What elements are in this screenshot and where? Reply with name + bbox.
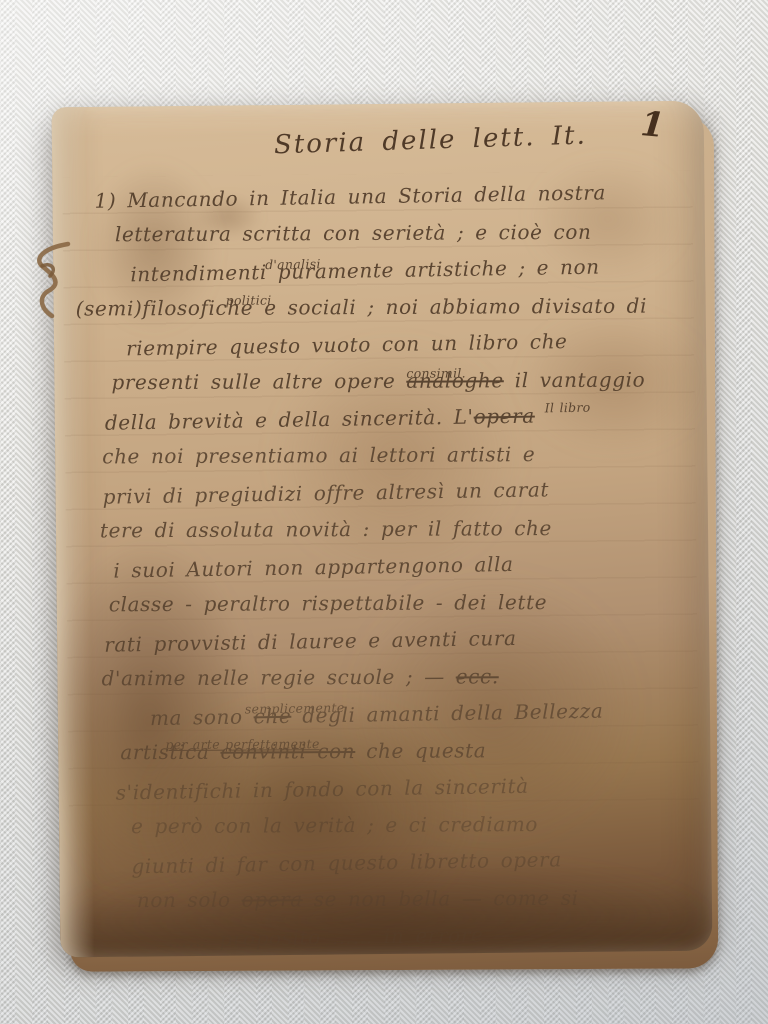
manuscript-line: …… proposito …… in errore —: [167, 913, 699, 957]
line-text: privi di pregiudizi offre altresì un car…: [102, 477, 549, 508]
manuscript-text: 1) Mancando in Italia una Storia della n…: [74, 175, 698, 958]
line-text: tere di assoluta novità : per il fatto c…: [100, 516, 552, 542]
inserted-text: semplicemente: [245, 689, 345, 728]
struck-text: opera: [473, 404, 535, 429]
line-text: che noi presentiamo ai lettori artisti e: [102, 442, 535, 468]
manuscript-line: s'identifichi in fondo con la sincerità: [115, 765, 697, 812]
inserted-text: consimil.: [406, 354, 466, 391]
manuscript-line: Il librodella brevità e della sincerità.…: [105, 395, 694, 442]
line-text: se non bella — come si: [303, 886, 579, 911]
manuscript-line: letteratura scritta con serietà ; e cioè…: [115, 213, 691, 253]
inserted-text: Il libro: [544, 389, 590, 427]
manuscript-line: che noi presentiamo ai lettori artisti e: [102, 435, 693, 475]
line-text: riempire questo vuoto con un libro che: [126, 329, 568, 360]
struck-text: ecc.: [456, 664, 499, 688]
manuscript-line: per arte perfettamenteartistica convinti…: [120, 731, 696, 771]
manuscript-line: non solo opera se non bella — come si: [137, 879, 698, 919]
line-text: i suoi Autori non appartengono alla: [113, 552, 513, 583]
line-text: letteratura scritta con serietà ; e cioè…: [115, 220, 592, 246]
manuscript-line: rati provvisti di lauree e aventi cura: [104, 617, 696, 664]
line-text: e sociali ; noi abbiamo divisato di: [264, 294, 647, 320]
manuscript-line: i suoi Autori non appartengono alla: [113, 543, 695, 590]
page-number: 1: [639, 104, 667, 146]
line-text: classe - peraltro rispettabile - dei let…: [109, 590, 547, 616]
line-text: …… proposito …… in errore —: [167, 922, 515, 952]
line-text: s'identifichi in fondo con la sincerità: [116, 774, 529, 805]
manuscript-title: Storia delle lett. It.: [274, 121, 588, 161]
inserted-text: d'analisi: [265, 245, 321, 283]
manuscript-line: d'analisiintendimenti puramente artistic…: [130, 247, 692, 293]
manuscript-line: giunti di far con questo libretto opera: [131, 839, 698, 885]
manuscript-line: d'anime nelle regie scuole ; — ecc.: [101, 657, 695, 697]
inserted-text: per arte perfettamente: [165, 725, 320, 763]
line-text: 1) Mancando in Italia una Storia della n…: [94, 180, 606, 212]
line-text: non solo: [137, 888, 242, 913]
line-text: d'anime nelle regie scuole ; —: [101, 665, 455, 691]
manuscript-line: e però con la verità ; e ci crediamo: [131, 805, 697, 845]
inserted-text: politici: [226, 282, 272, 319]
manuscript-line: tere di assoluta novità : per il fatto c…: [100, 509, 694, 549]
line-text: rati provvisti di lauree e aventi cura: [104, 626, 517, 657]
line-text: della brevità e della sincerità. L': [105, 405, 474, 435]
struck-text: opera: [241, 887, 302, 911]
line-text: giunti di far con questo libretto opera: [131, 847, 562, 878]
notebook-page: 1 Storia delle lett. It. 1) Mancando in …: [52, 101, 713, 958]
photo-of-notebook: 1 Storia delle lett. It. 1) Mancando in …: [0, 0, 768, 1024]
binding-thread: [28, 238, 74, 326]
manuscript-line: privi di pregiudizi offre altresì un car…: [102, 469, 694, 516]
line-text: e però con la verità ; e ci crediamo: [131, 812, 538, 838]
manuscript-line: classe - peraltro rispettabile - dei let…: [109, 583, 695, 623]
line-text: che questa: [355, 738, 486, 763]
manuscript-line: consimil.presenti sulle altre opere anal…: [111, 361, 692, 401]
line-text: presenti sulle altre opere: [111, 369, 406, 395]
line-text: intendimenti puramente artistiche ; e no…: [130, 255, 600, 287]
